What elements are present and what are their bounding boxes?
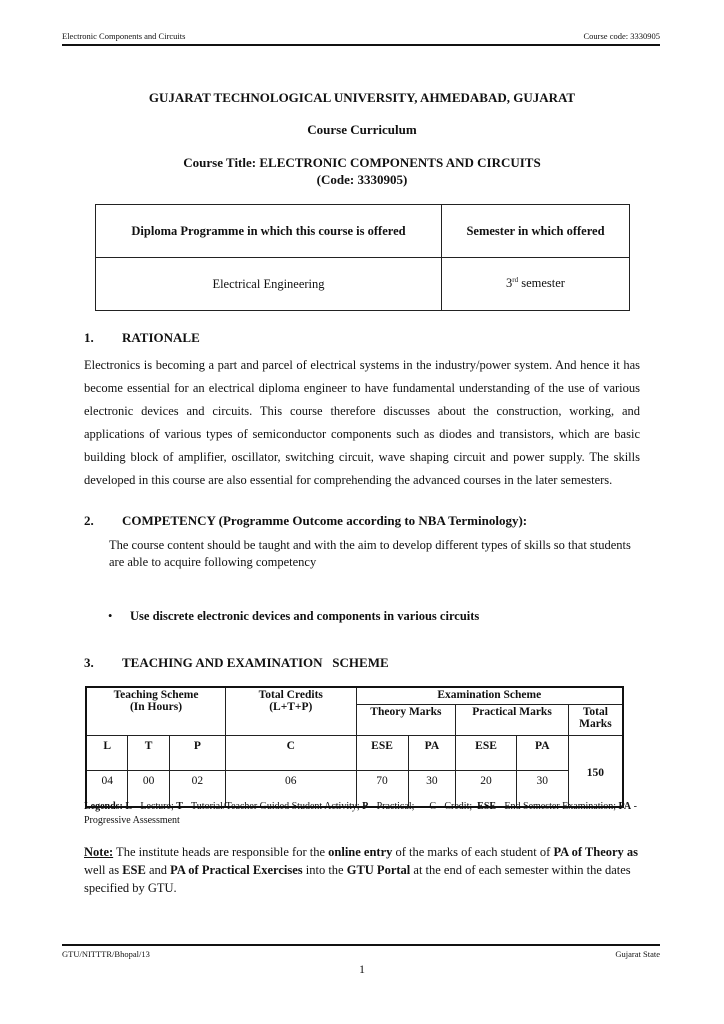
semester-header: Semester in which offered <box>442 205 630 258</box>
running-header: Electronic Components and Circuits Cours… <box>62 28 660 46</box>
curriculum-heading: Course Curriculum <box>0 122 724 138</box>
footer-left: GTU/NITTTR/Bhopal/13 <box>62 949 150 959</box>
semester-value: 3rd semester <box>442 258 630 311</box>
section-title: TEACHING AND EXAMINATION SCHEME <box>122 655 389 670</box>
teaching-scheme-header: Teaching Scheme(In Hours) <box>86 687 226 736</box>
course-code: (Code: 3330905) <box>0 172 724 188</box>
note-label: Note: <box>84 845 113 859</box>
col-theory-ese: ESE <box>356 736 408 771</box>
competency-bullet: •Use discrete electronic devices and com… <box>108 609 479 624</box>
section-number: 3. <box>84 655 122 671</box>
footer-right: Gujarat State <box>615 949 660 959</box>
col-t: T <box>128 736 169 771</box>
teaching-exam-scheme-table: Teaching Scheme(In Hours) Total Credits(… <box>85 686 624 808</box>
table-row: Teaching Scheme(In Hours) Total Credits(… <box>86 687 623 705</box>
note-paragraph: Note: The institute heads are responsibl… <box>84 843 644 897</box>
col-theory-pa: PA <box>408 736 456 771</box>
legends-label: Legends: <box>84 801 123 812</box>
section-heading-scheme: 3.TEACHING AND EXAMINATION SCHEME <box>84 655 389 671</box>
semester-word: semester <box>518 277 565 291</box>
section-title: COMPETENCY (Programme Outcome according … <box>122 513 527 528</box>
practical-marks-header: Practical Marks <box>456 705 568 736</box>
table-row: Diploma Programme in which this course i… <box>96 205 630 258</box>
course-title: Course Title: ELECTRONIC COMPONENTS AND … <box>0 155 724 171</box>
bullet-text: Use discrete electronic devices and comp… <box>130 609 479 623</box>
section-number: 2. <box>84 513 122 529</box>
header-course-code: Course code: 3330905 <box>584 31 661 41</box>
legends: Legends: L - Lecture; T - Tutorial/Teach… <box>84 800 644 828</box>
exam-scheme-header: Examination Scheme <box>356 687 623 705</box>
section-heading-competency: 2.COMPETENCY (Programme Outcome accordin… <box>84 513 527 529</box>
col-p: P <box>169 736 225 771</box>
running-footer: GTU/NITTTR/Bhopal/13 Gujarat State <box>62 944 660 960</box>
header-course-name: Electronic Components and Circuits <box>62 31 185 41</box>
section-heading-rationale: 1.RATIONALE <box>84 330 200 346</box>
section-title: RATIONALE <box>122 330 200 345</box>
col-l: L <box>86 736 128 771</box>
bullet-icon: • <box>108 609 130 624</box>
col-practical-ese: ESE <box>456 736 516 771</box>
offering-table: Diploma Programme in which this course i… <box>95 204 630 311</box>
total-credits-header: Total Credits(L+T+P) <box>226 687 357 736</box>
competency-text: The course content should be taught and … <box>109 537 644 571</box>
programme-value: Electrical Engineering <box>96 258 442 311</box>
theory-marks-header: Theory Marks <box>356 705 456 736</box>
section-number: 1. <box>84 330 122 346</box>
page-number: 1 <box>0 962 724 977</box>
total-marks-header: Total Marks <box>568 705 623 736</box>
col-c: C <box>226 736 357 771</box>
table-row: Electrical Engineering 3rd semester <box>96 258 630 311</box>
total-marks-value: 150 <box>568 736 623 808</box>
document-page: Electronic Components and Circuits Cours… <box>0 0 724 1024</box>
university-name: GUJARAT TECHNOLOGICAL UNIVERSITY, AHMEDA… <box>0 90 724 106</box>
col-practical-pa: PA <box>516 736 568 771</box>
rationale-text: Electronics is becoming a part and parce… <box>84 354 640 492</box>
programme-header: Diploma Programme in which this course i… <box>96 205 442 258</box>
table-row: L T P C ESE PA ESE PA 150 <box>86 736 623 771</box>
